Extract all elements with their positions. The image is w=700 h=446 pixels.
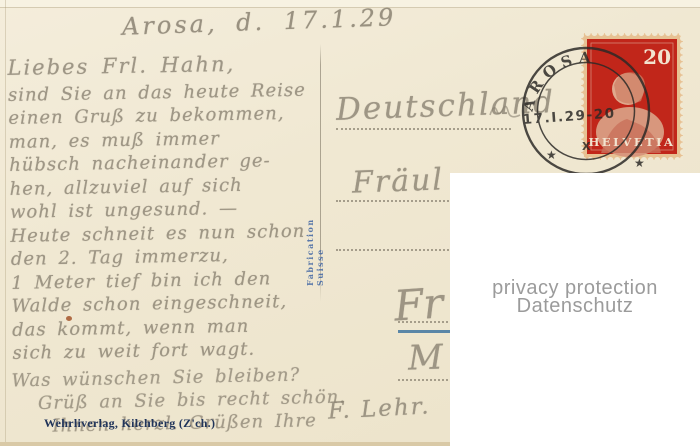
rust-stain — [66, 316, 72, 321]
message-line: Liebes Frl. Hahn, — [7, 51, 337, 80]
address-dotted-line — [398, 321, 456, 323]
address-dotted-line — [336, 128, 511, 130]
handwritten-dateline: Arosa, d. 17.1.29 — [122, 3, 397, 41]
postmark-sorting-mark: X — [582, 140, 591, 153]
handwritten-signature: F. Lehr. — [327, 393, 431, 424]
address-blue-underline — [398, 330, 456, 333]
svg-text:AROSA: AROSA — [518, 49, 596, 114]
postmark-star-icon: ★ — [634, 156, 645, 170]
postmark: AROSA 17.I.29-20 X ★ ★ — [512, 37, 660, 185]
handwritten-message: Liebes Frl. Hahn, sind Sie an das heute … — [7, 51, 342, 365]
address-dotted-line — [398, 379, 456, 381]
postmark-town: AROSA — [518, 49, 596, 114]
address-line4-fragment: M — [407, 337, 443, 378]
postcard-scan: Arosa, d. 17.1.29 Liebes Frl. Hahn, sind… — [0, 0, 700, 446]
privacy-overlay-line2: Datenschutz — [450, 297, 700, 315]
privacy-overlay: privacy protection Datenschutz — [450, 173, 700, 446]
message-line: sich zu weit fort wagt. — [12, 336, 342, 365]
card-left-edge — [5, 0, 6, 446]
postmark-star-icon: ★ — [546, 148, 557, 162]
address-line2-fragment: Fräul — [351, 162, 444, 200]
fabrication-imprint: Fabrication Suisse — [305, 178, 325, 286]
publisher-imprint: Wehrliverlag, Kilchberg (Z'ch.) — [44, 416, 215, 431]
address-dotted-line — [336, 200, 456, 202]
address-dotted-line — [336, 249, 456, 251]
